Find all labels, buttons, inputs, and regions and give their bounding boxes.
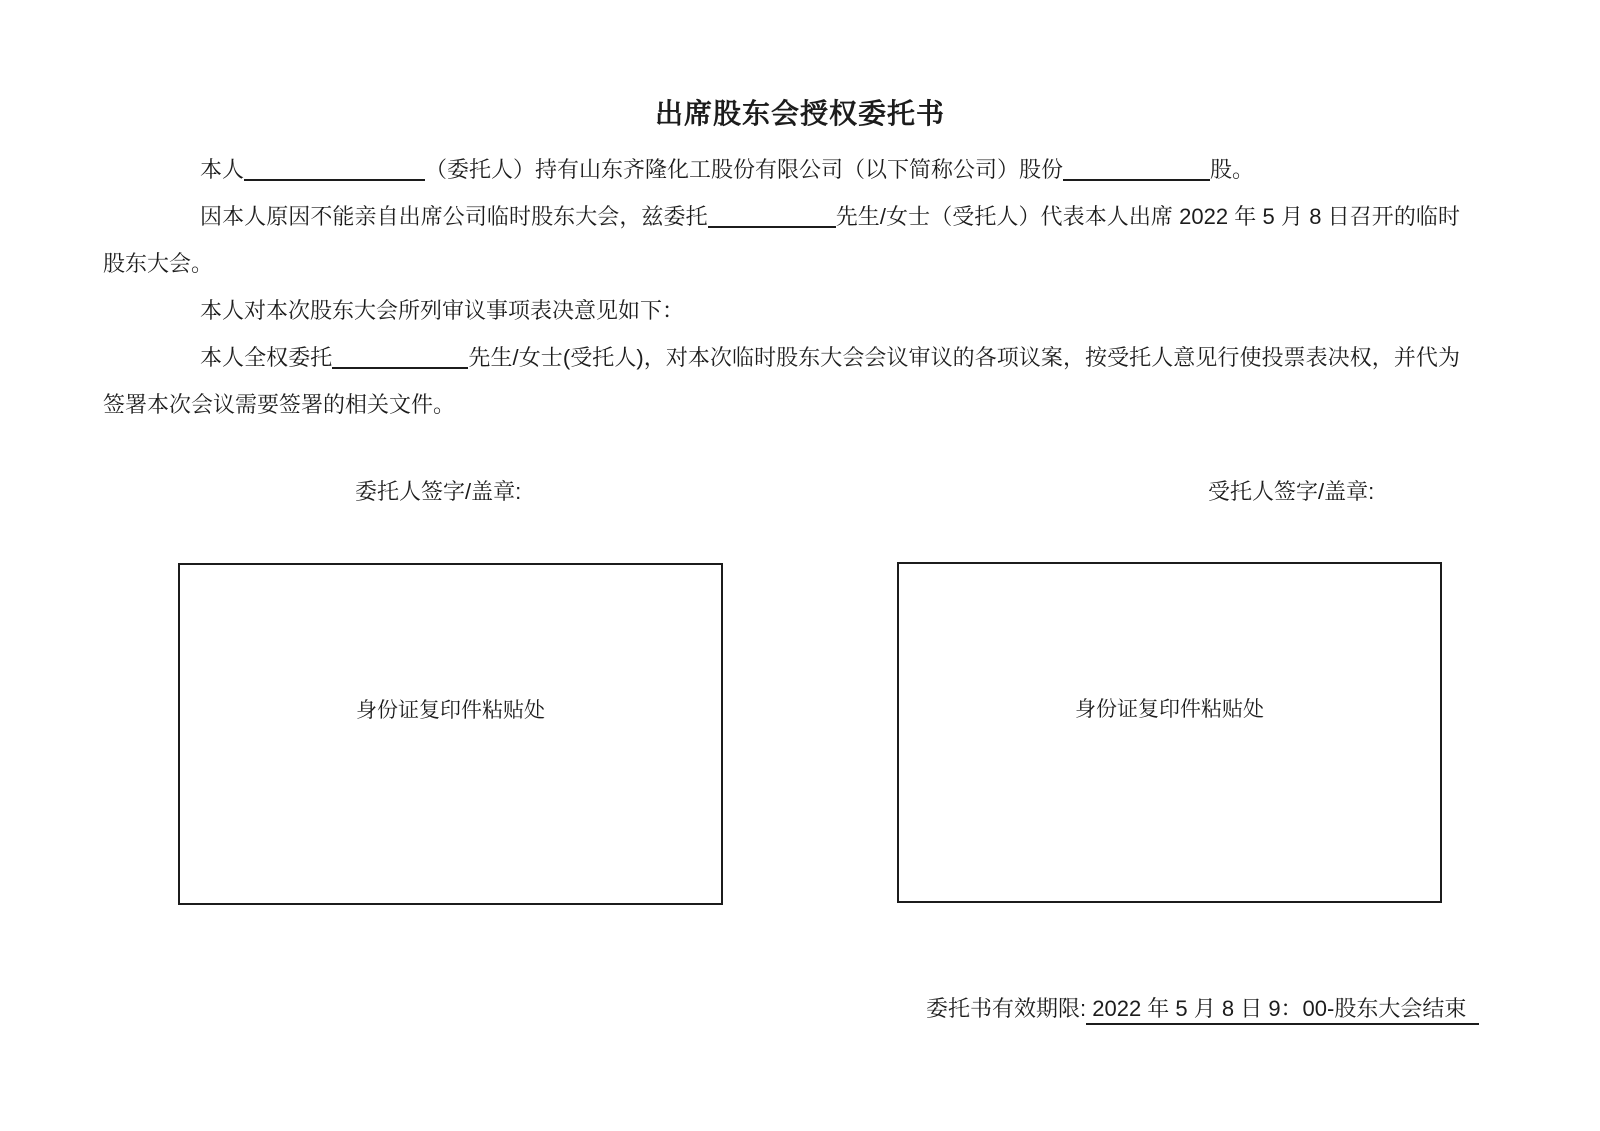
principal-id-copy-label: 身份证复印件粘贴处 <box>180 699 721 723</box>
p1-text-pre: 本人 <box>200 157 244 182</box>
paragraph-voting-intro: 本人对本次股东大会所列审议事项表决意见如下： <box>103 287 1460 334</box>
trustee-name-blank <box>708 204 836 228</box>
p1-text-mid: （委托人）持有山东齐隆化工股份有限公司（以下简称公司）股份 <box>425 157 1063 182</box>
validity-period-label: 委托书有效期限: <box>926 996 1086 1021</box>
paragraph-delegation: 因本人原因不能亲自出席公司临时股东大会，兹委托先生/女士（受托人）代表本人出席 … <box>103 193 1460 287</box>
principal-id-copy-box: 身份证复印件粘贴处 <box>178 563 723 905</box>
document-title: 出席股东会授权委托书 <box>0 92 1600 132</box>
paragraph-shareholding: 本人（委托人）持有山东齐隆化工股份有限公司（以下简称公司）股份股。 <box>103 146 1460 193</box>
p1-text-end: 股。 <box>1210 157 1254 182</box>
validity-period-line: 委托书有效期限: 2022 年 5 月 8 日 9：00-股东大会结束 <box>926 997 1479 1021</box>
p4-text-pre: 本人全权委托 <box>200 345 332 370</box>
trustee-signature-label: 受托人签字/盖章: <box>1208 479 1374 505</box>
paragraph-full-authorization: 本人全权委托先生/女士(受托人)，对本次临时股东大会会议审议的各项议案，按受托人… <box>103 334 1460 428</box>
p3-text: 本人对本次股东大会所列审议事项表决意见如下： <box>200 298 684 323</box>
share-count-blank <box>1063 157 1210 181</box>
principal-signature-label: 委托人签字/盖章: <box>355 479 521 505</box>
trustee-id-copy-label: 身份证复印件粘贴处 <box>899 698 1440 722</box>
trustee-id-copy-box: 身份证复印件粘贴处 <box>897 562 1442 903</box>
p2-text-pre: 因本人原因不能亲自出席公司临时股东大会，兹委托 <box>200 204 708 229</box>
proxy-document-page: 出席股东会授权委托书 本人（委托人）持有山东齐隆化工股份有限公司（以下简称公司）… <box>0 0 1600 1131</box>
validity-period-value: 2022 年 5 月 8 日 9：00-股东大会结束 <box>1086 996 1478 1025</box>
authorized-name-blank <box>332 345 468 369</box>
document-body: 本人（委托人）持有山东齐隆化工股份有限公司（以下简称公司）股份股。 因本人原因不… <box>103 146 1460 428</box>
principal-name-blank <box>244 157 425 181</box>
